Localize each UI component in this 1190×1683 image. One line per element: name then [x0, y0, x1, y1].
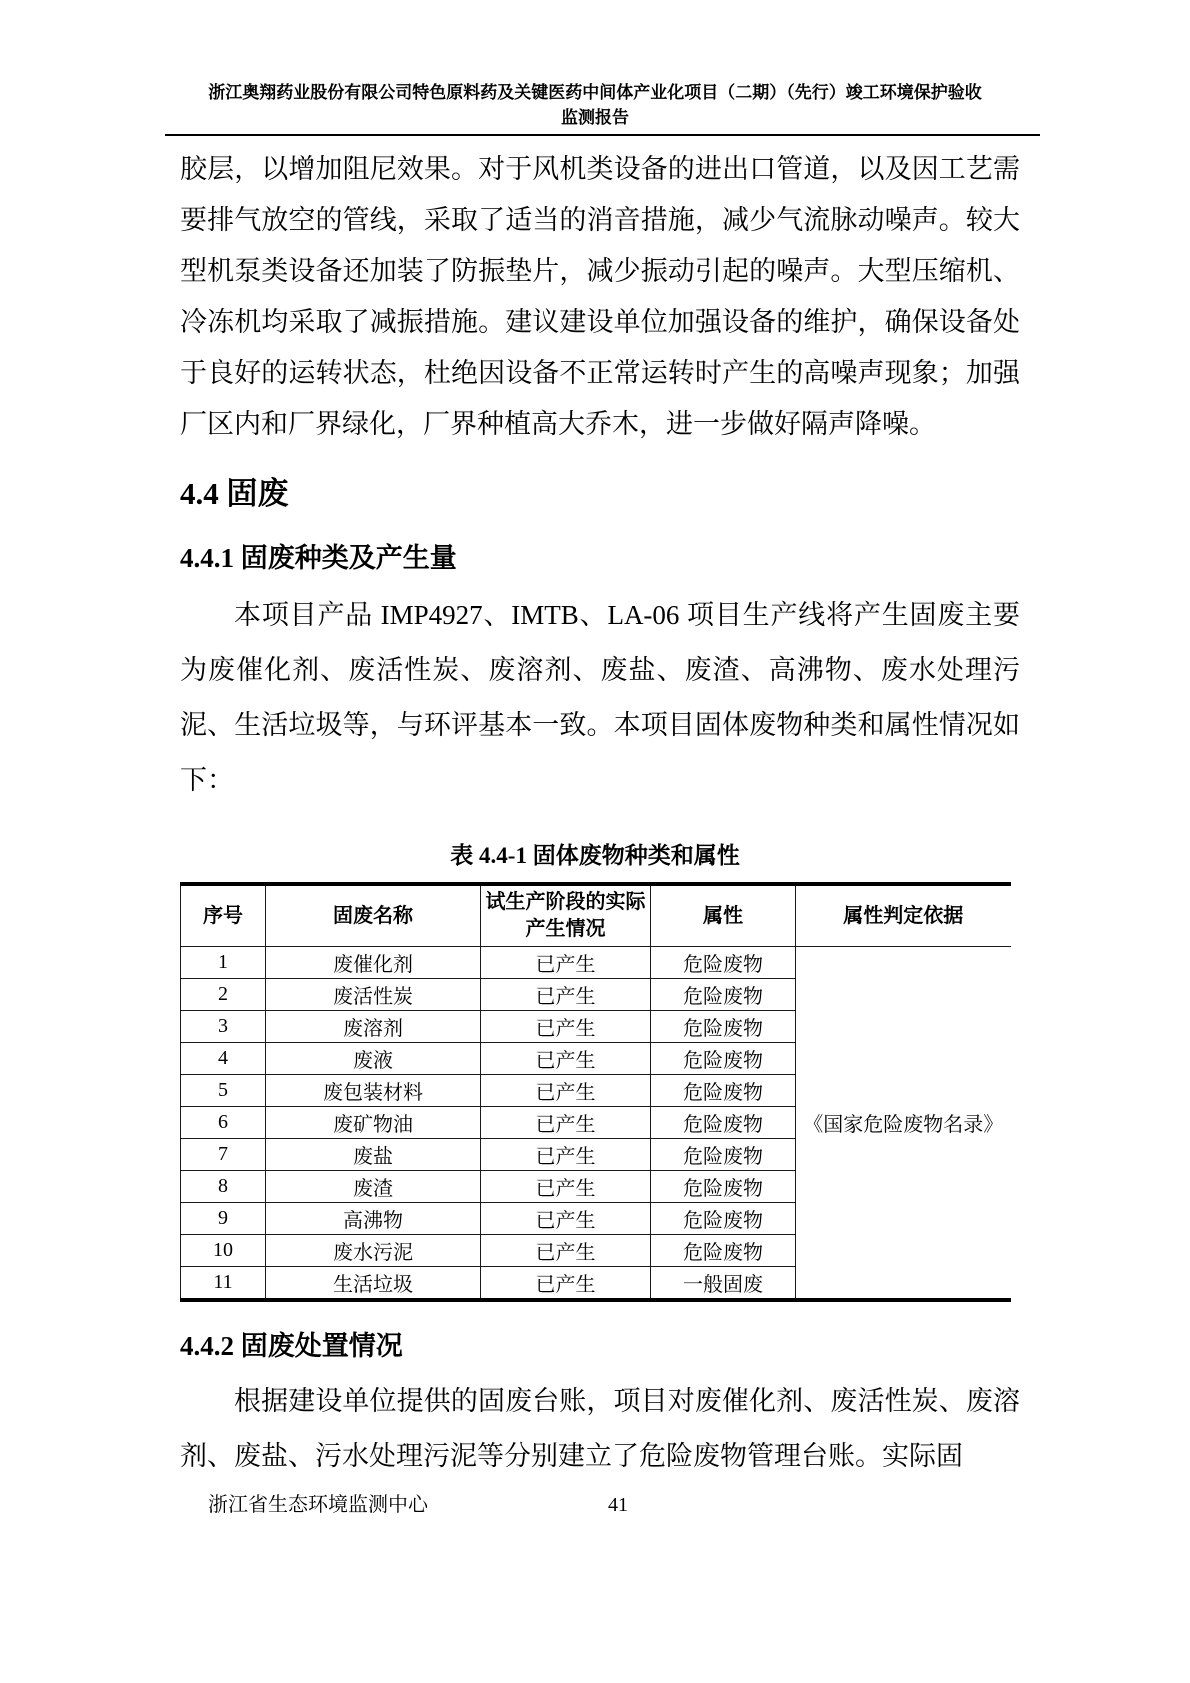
- cell-status: 已产生: [481, 1075, 651, 1107]
- cell-name: 废催化剂: [266, 947, 481, 979]
- column-header-name: 固废名称: [266, 884, 481, 947]
- cell-status: 已产生: [481, 1043, 651, 1075]
- column-header-status: 试生产阶段的实际产生情况: [481, 884, 651, 947]
- column-header-basis: 属性判定依据: [796, 884, 1011, 947]
- cell-no: 11: [181, 1267, 266, 1301]
- table-body: 1 废催化剂 已产生 危险废物 《国家危险废物名录》 2 废活性炭 已产生 危险…: [181, 947, 1011, 1301]
- cell-name: 废液: [266, 1043, 481, 1075]
- table-row: 1 废催化剂 已产生 危险废物 《国家危险废物名录》: [181, 947, 1011, 979]
- cell-name: 废活性炭: [266, 979, 481, 1011]
- cell-no: 5: [181, 1075, 266, 1107]
- cell-name: 废包装材料: [266, 1075, 481, 1107]
- cell-attribute: 危险废物: [651, 1139, 796, 1171]
- column-header-no: 序号: [181, 884, 266, 947]
- footer-organization: 浙江省生态环境监测中心: [208, 1494, 428, 1516]
- cell-no: 2: [181, 979, 266, 1011]
- cell-attribute: 危险废物: [651, 979, 796, 1011]
- cell-status: 已产生: [481, 1011, 651, 1043]
- cell-no: 9: [181, 1203, 266, 1235]
- cell-attribute: 危险废物: [651, 947, 796, 979]
- cell-attribute: 危险废物: [651, 1107, 796, 1139]
- cell-attribute: 危险废物: [651, 1075, 796, 1107]
- cell-attribute: 危险废物: [651, 1011, 796, 1043]
- cell-no: 6: [181, 1107, 266, 1139]
- header-title-line1: 浙江奥翔药业股份有限公司特色原料药及关键医药中间体产业化项目（二期）（先行）竣工…: [0, 80, 1190, 105]
- column-header-attribute: 属性: [651, 884, 796, 947]
- cell-status: 已产生: [481, 1203, 651, 1235]
- cell-no: 3: [181, 1011, 266, 1043]
- document-page: 浙江奥翔药业股份有限公司特色原料药及关键医药中间体产业化项目（二期）（先行）竣工…: [0, 0, 1190, 1683]
- footer-page-number: 41: [608, 1492, 628, 1518]
- cell-no: 8: [181, 1171, 266, 1203]
- cell-name: 生活垃圾: [266, 1267, 481, 1301]
- cell-status: 已产生: [481, 947, 651, 979]
- cell-no: 10: [181, 1235, 266, 1267]
- header-divider: [165, 134, 1040, 136]
- page-footer: 浙江省生态环境监测中心 41: [208, 1492, 1190, 1518]
- section-4-4-1-heading: 4.4.1 固废种类及产生量: [180, 540, 1190, 576]
- cell-attribute: 危险废物: [651, 1171, 796, 1203]
- cell-status: 已产生: [481, 1107, 651, 1139]
- paragraph-noise-measures: 胶层，以增加阻尼效果。对于风机类设备的进出口管道，以及因工艺需要排气放空的管线，…: [180, 144, 1020, 450]
- cell-name: 废盐: [266, 1139, 481, 1171]
- cell-status: 已产生: [481, 1267, 651, 1301]
- cell-status: 已产生: [481, 1235, 651, 1267]
- section-4-4-2-heading: 4.4.2 固废处置情况: [180, 1328, 1190, 1364]
- table-caption: 表 4.4-1 固体废物种类和属性: [0, 840, 1190, 872]
- cell-name: 高沸物: [266, 1203, 481, 1235]
- cell-status: 已产生: [481, 979, 651, 1011]
- cell-name: 废溶剂: [266, 1011, 481, 1043]
- page-header: 浙江奥翔药业股份有限公司特色原料药及关键医药中间体产业化项目（二期）（先行）竣工…: [0, 0, 1190, 130]
- cell-no: 7: [181, 1139, 266, 1171]
- cell-no: 1: [181, 947, 266, 979]
- paragraph-waste-types: 本项目产品 IMP4927、IMTB、LA-06 项目生产线将产生固废主要为废催…: [180, 588, 1020, 808]
- table-header: 序号 固废名称 试生产阶段的实际产生情况 属性 属性判定依据: [181, 884, 1011, 947]
- cell-name: 废矿物油: [266, 1107, 481, 1139]
- cell-attribute: 危险废物: [651, 1203, 796, 1235]
- cell-status: 已产生: [481, 1139, 651, 1171]
- cell-no: 4: [181, 1043, 266, 1075]
- cell-status: 已产生: [481, 1171, 651, 1203]
- cell-name: 废渣: [266, 1171, 481, 1203]
- cell-attribute: 危险废物: [651, 1235, 796, 1267]
- cell-basis-merged: 《国家危险废物名录》: [796, 947, 1011, 1301]
- table-header-row: 序号 固废名称 试生产阶段的实际产生情况 属性 属性判定依据: [181, 884, 1011, 947]
- cell-name: 废水污泥: [266, 1235, 481, 1267]
- header-title-line2: 监测报告: [0, 105, 1190, 130]
- section-4-4-heading: 4.4 固废: [180, 474, 1190, 514]
- cell-attribute: 一般固废: [651, 1267, 796, 1301]
- cell-attribute: 危险废物: [651, 1043, 796, 1075]
- paragraph-disposal: 根据建设单位提供的固废台账，项目对废催化剂、废活性炭、废溶剂、废盐、污水处理污泥…: [180, 1374, 1020, 1484]
- solid-waste-table: 序号 固废名称 试生产阶段的实际产生情况 属性 属性判定依据 1 废催化剂 已产…: [180, 882, 1011, 1302]
